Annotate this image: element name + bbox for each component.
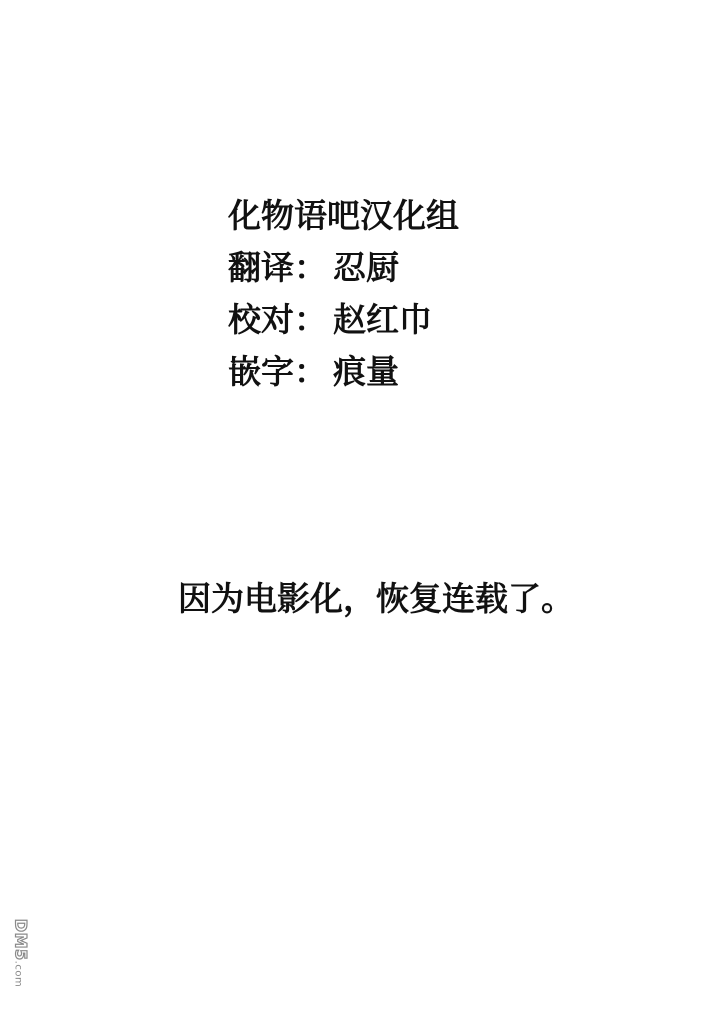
- watermark-suffix: .com: [13, 961, 24, 988]
- credit-person: 忍厨: [333, 248, 399, 287]
- credit-person: 痕量: [333, 352, 399, 391]
- credit-separator: ：: [294, 248, 327, 287]
- site-watermark: DM5.com: [6, 908, 36, 998]
- credit-role: 翻译: [228, 248, 294, 287]
- watermark-logo: DM5.com: [12, 919, 31, 987]
- credit-separator: ：: [294, 352, 327, 391]
- serialization-notice: 因为电影化，恢复连载了。: [178, 573, 574, 625]
- credit-separator: ：: [294, 300, 327, 339]
- credit-proofreader: 校对：赵红巾: [228, 294, 459, 346]
- watermark-brand: DM5: [12, 919, 31, 961]
- credits-block: 化物语吧汉化组 翻译：忍厨 校对：赵红巾 嵌字：痕量: [228, 190, 459, 398]
- credit-translator: 翻译：忍厨: [228, 242, 459, 294]
- credit-role: 校对: [228, 300, 294, 339]
- credit-role: 嵌字: [228, 352, 294, 391]
- group-name: 化物语吧汉化组: [228, 190, 459, 242]
- credit-person: 赵红巾: [333, 300, 432, 339]
- credit-typesetter: 嵌字：痕量: [228, 346, 459, 398]
